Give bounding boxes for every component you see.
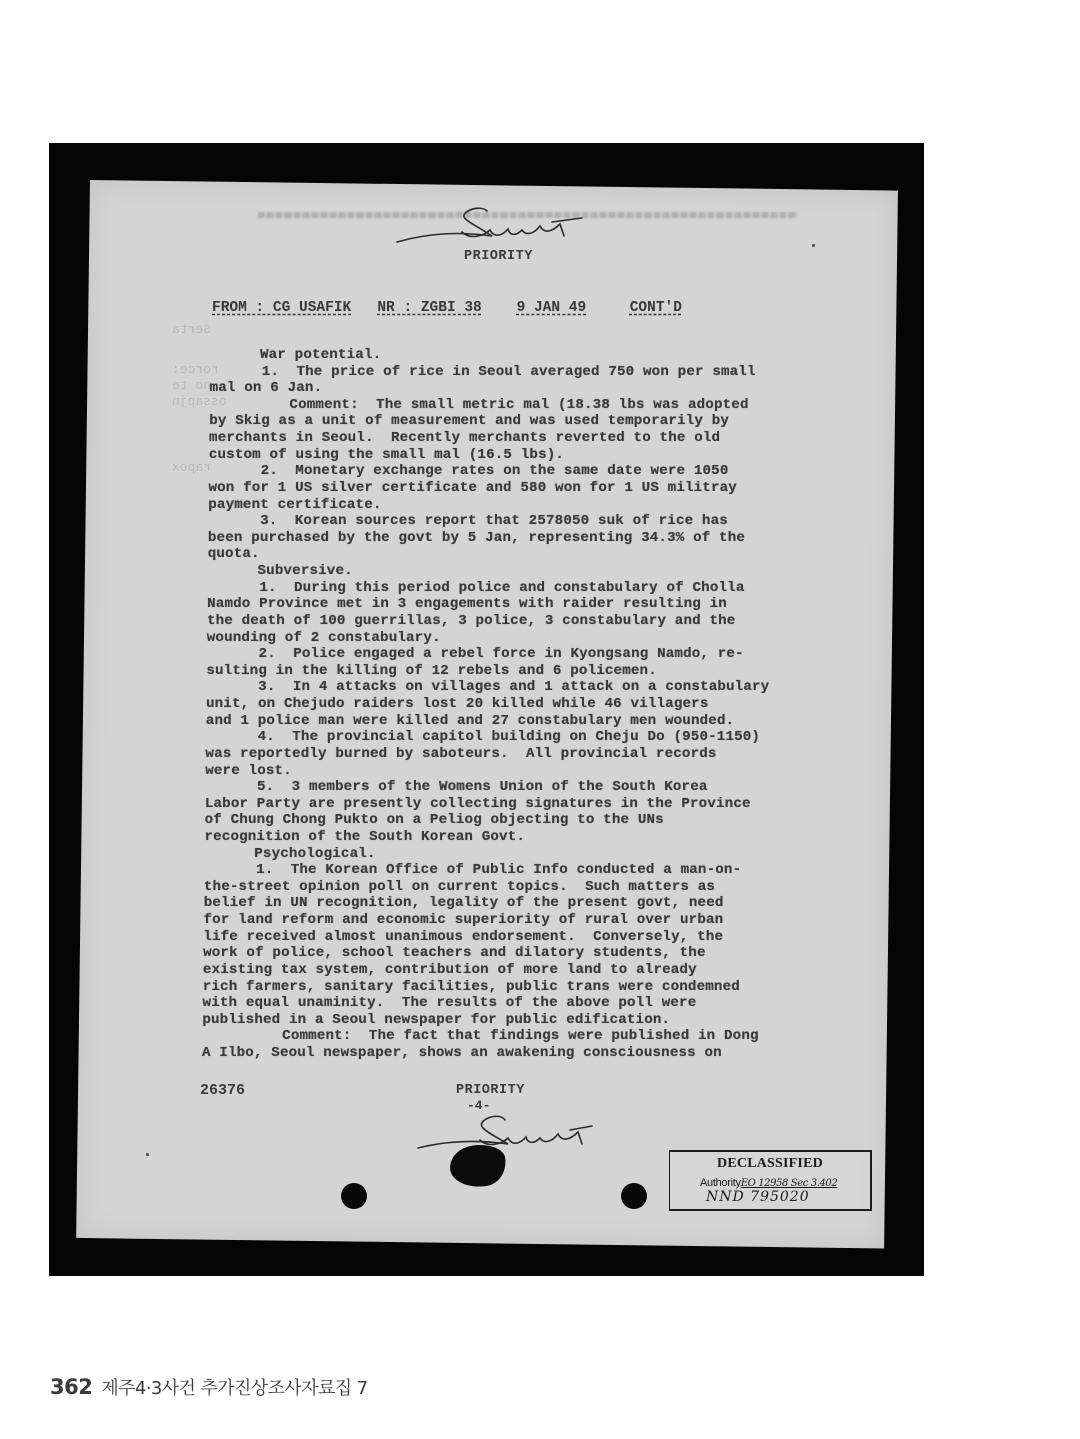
- document-line: been purchased by the govt by 5 Jan, rep…: [208, 530, 745, 546]
- page-marker: -4-: [467, 1098, 490, 1113]
- speck: [146, 1153, 149, 1156]
- document-line: payment certificate.: [208, 497, 381, 513]
- document-line: 1. During this period police and constab…: [259, 580, 744, 596]
- document-line: 1. The Korean Office of Public Info cond…: [256, 862, 741, 878]
- document-line: were lost.: [205, 763, 292, 779]
- document-line: for land reform and economic superiority…: [204, 912, 724, 928]
- document-line: sulting in the killing of 12 rebels and …: [206, 663, 657, 679]
- document-line: Comment: The fact that findings were pub…: [282, 1028, 759, 1044]
- document-line: Labor Party are presently collecting sig…: [205, 796, 751, 812]
- document-line: was reportedly burned by saboteurs. All …: [205, 746, 716, 762]
- document-line: and 1 police man were killed and 27 cons…: [206, 713, 735, 729]
- document-line: War potential.: [260, 347, 381, 363]
- book-title: 제주4·3사건 추가진상조사자료집 7: [101, 1374, 367, 1400]
- document-line: existing tax system, contribution of mor…: [203, 962, 697, 978]
- document-line: 3. In 4 attacks on villages and 1 attack…: [258, 679, 769, 695]
- document-line: by Skig as a unit of measurement and was…: [209, 413, 729, 429]
- document-line: won for 1 US silver certificate and 580 …: [208, 480, 737, 496]
- page-number: 362: [50, 1375, 92, 1399]
- bleed-through-text: Serta: [172, 322, 211, 337]
- document-line: the-street opinion poll on current topic…: [204, 879, 715, 895]
- punch-hole-left: [341, 1183, 367, 1209]
- document-line: life received almost unanimous endorseme…: [203, 929, 723, 945]
- document-line: recognition of the South Korean Govt.: [204, 829, 525, 845]
- bleed-through-text: ossapjn: [172, 394, 227, 409]
- document-line: mal on 6 Jan.: [210, 380, 323, 396]
- stamp-authority-value: EO 12958 Sec 3.402: [741, 1178, 838, 1189]
- document-line: rich farmers, sanitary facilities, publi…: [203, 979, 740, 995]
- document-line: Comment: The small metric mal (18.38 lbs…: [289, 397, 748, 413]
- document-line: wounding of 2 constabulary.: [207, 630, 441, 646]
- declassified-stamp: DECLASSIFIED AuthorityEO 12958 Sec 3.402…: [669, 1150, 872, 1211]
- bleed-through-text: rorce:: [172, 362, 219, 377]
- document-line: the death of 100 guerrillas, 3 police, 3…: [207, 613, 736, 629]
- document-line: work of police, school teachers and dila…: [203, 945, 706, 961]
- nr-field: NR : ZGBI 38: [377, 300, 481, 316]
- document-content: Serta rorce: no te ossapjn rapox PRIORIT…: [0, 0, 1080, 1439]
- document-line: A Ilbo, Seoul newspaper, shows an awaken…: [202, 1045, 722, 1061]
- document-line: merchants in Seoul. Recently merchants r…: [209, 430, 720, 446]
- priority-bottom: PRIORITY: [456, 1083, 525, 1098]
- document-line: Psychological.: [254, 846, 375, 862]
- document-line: published in a Seoul newspaper for publi…: [202, 1012, 670, 1028]
- document-line: 2. Monetary exchange rates on the same d…: [261, 463, 729, 479]
- document-line: 1. The price of rice in Seoul averaged 7…: [262, 364, 756, 380]
- stamp-authority-label: Authority: [700, 1177, 741, 1189]
- message-header: FROM : CG USAFIK NR : ZGBI 38 9 JAN 49 C…: [212, 300, 682, 316]
- book-footer: 362 제주4·3사건 추가진상조사자료집 7: [50, 1374, 368, 1400]
- stamp-nnd-number: NND 795020: [706, 1189, 810, 1205]
- speck: [812, 244, 815, 247]
- punch-hole-right: [621, 1183, 647, 1209]
- bleed-through-text: no te: [172, 378, 211, 393]
- document-line: custom of using the small mal (16.5 lbs)…: [209, 447, 564, 463]
- secret-signature-top: [392, 202, 592, 250]
- document-line: Namdo Province met in 3 engagements with…: [207, 596, 727, 612]
- document-number: 26376: [200, 1082, 245, 1099]
- document-line: 3. Korean sources report that 2578050 su…: [260, 513, 728, 529]
- document-line: of Chung Chong Pukto on a Peliog objecti…: [205, 812, 664, 828]
- secret-signature-bottom: [410, 1112, 600, 1154]
- priority-top: PRIORITY: [464, 249, 533, 264]
- document-line: 5. 3 members of the Womens Union of the …: [257, 779, 708, 795]
- stamp-title: DECLASSIFIED: [670, 1156, 870, 1172]
- from-field: FROM : CG USAFIK: [212, 300, 351, 316]
- stamp-authority: AuthorityEO 12958 Sec 3.402: [700, 1177, 837, 1189]
- document-line: with equal unaminity. The results of the…: [203, 995, 697, 1011]
- document-line: 2. Police engaged a rebel force in Kyong…: [259, 646, 744, 662]
- date-field: 9 JAN 49: [517, 300, 587, 316]
- document-line: 4. The provincial capitol building on Ch…: [258, 729, 761, 745]
- status-field: CONT'D: [630, 300, 682, 316]
- bleed-through-text: rapox: [172, 460, 211, 475]
- document-line: belief in UN recognition, legality of th…: [204, 895, 724, 911]
- document-line: unit, on Chejudo raiders lost 20 killed …: [206, 696, 709, 712]
- document-line: quota.: [208, 546, 260, 562]
- document-line: Subversive.: [258, 563, 353, 579]
